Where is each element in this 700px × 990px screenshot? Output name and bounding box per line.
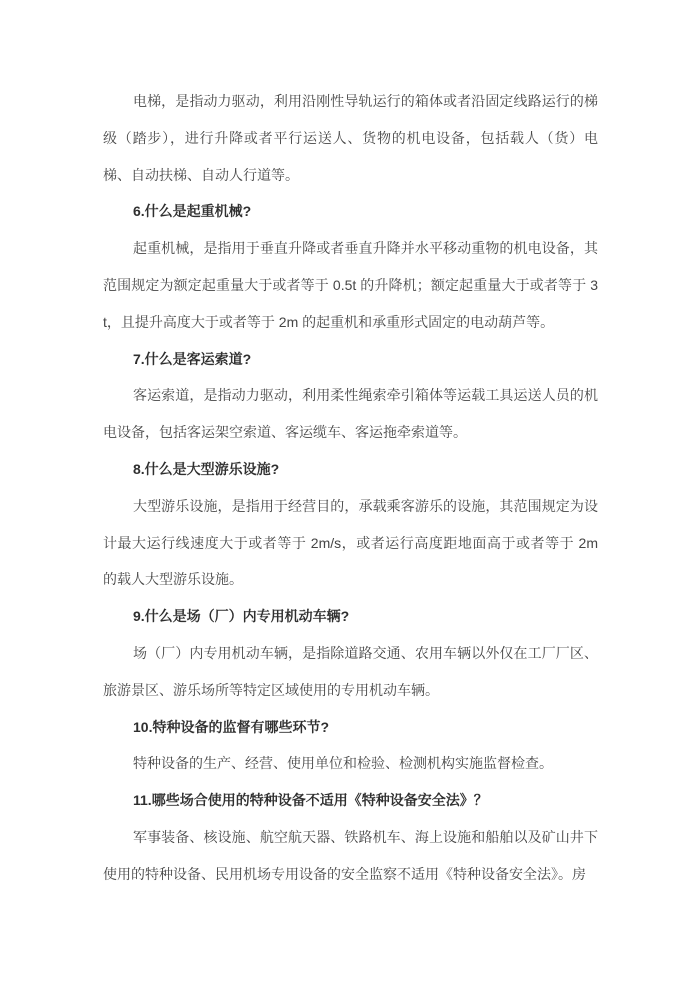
question-heading: 9.什么是场（厂）内专用机动车辆? [103,598,598,635]
answer-paragraph: 起重机械，是指用于垂直升降或者垂直升降并水平移动重物的机电设备，其范围规定为额定… [103,230,598,340]
question-heading: 8.什么是大型游乐设施? [103,451,598,488]
question-heading: 6.什么是起重机械? [103,193,598,230]
answer-paragraph: 电梯，是指动力驱动，利用沿刚性导轨运行的箱体或者沿固定线路运行的梯级（踏步），进… [103,83,598,193]
answer-paragraph: 场（厂）内专用机动车辆，是指除道路交通、农用车辆以外仅在工厂厂区、旅游景区、游乐… [103,635,598,709]
answer-paragraph: 军事装备、核设施、航空航天器、铁路机车、海上设施和船舶以及矿山井下使用的特种设备… [103,819,598,893]
answer-paragraph: 客运索道，是指动力驱动，利用柔性绳索牵引箱体等运载工具运送人员的机电设备，包括客… [103,377,598,451]
answer-paragraph: 大型游乐设施，是指用于经营目的，承载乘客游乐的设施，其范围规定为设计最大运行线速… [103,488,598,598]
document-body: 电梯，是指动力驱动，利用沿刚性导轨运行的箱体或者沿固定线路运行的梯级（踏步），进… [103,83,598,893]
question-heading: 7.什么是客运索道? [103,341,598,378]
answer-paragraph: 特种设备的生产、经营、使用单位和检验、检测机构实施监督检查。 [103,745,598,782]
question-heading: 11.哪些场合使用的特种设备不适用《特种设备安全法》？ [103,782,598,819]
question-heading: 10.特种设备的监督有哪些环节? [103,709,598,746]
document-page: 电梯，是指动力驱动，利用沿刚性导轨运行的箱体或者沿固定线路运行的梯级（踏步），进… [0,0,700,990]
